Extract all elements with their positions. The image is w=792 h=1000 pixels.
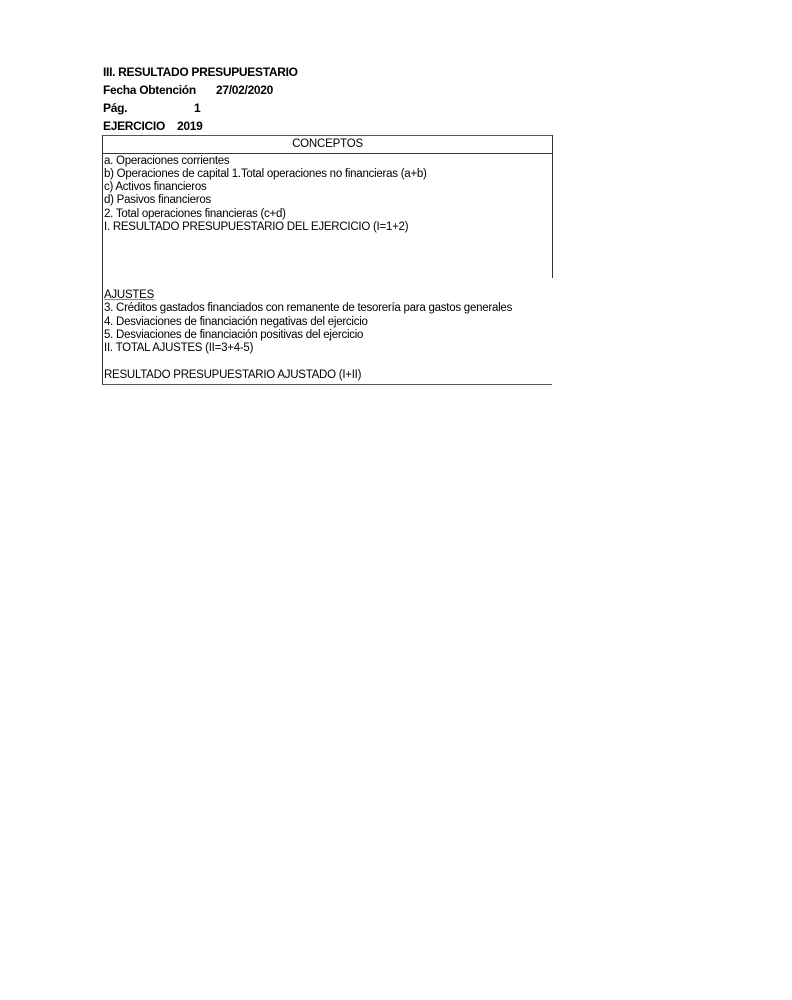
fecha-obtencion: Fecha Obtención 27/02/2020 [103,83,196,97]
fecha-label: Fecha Obtención [103,83,196,97]
table-row: 3. Créditos gastados financiados con rem… [104,302,512,315]
page-number: Pág. 1 [103,101,127,115]
final-result-row: RESULTADO PRESUPUESTARIO AJUSTADO (I+II) [104,369,361,382]
pag-value: 1 [194,101,200,115]
ajustes-heading: AJUSTES [104,289,154,302]
column-header-conceptos: CONCEPTOS [103,136,552,154]
report-title: III. RESULTADO PRESUPUESTARIO [103,65,298,79]
table-right-border [552,135,553,278]
table-row: 4. Desviaciones de financiación negativa… [104,316,368,329]
table-row: d) Pasivos financieros [104,194,211,207]
table-row: II. TOTAL AJUSTES (II=3+4-5) [104,342,253,355]
conceptos-table: CONCEPTOS a. Operaciones corrientes b) O… [102,135,552,385]
ejercicio: EJERCICIO 2019 [103,119,165,133]
ejercicio-value: 2019 [177,119,203,133]
table-row: I. RESULTADO PRESUPUESTARIO DEL EJERCICI… [104,221,408,234]
table-row: 5. Desviaciones de financiación positiva… [104,329,363,342]
table-row: b) Operaciones de capital 1.Total operac… [104,168,427,181]
fecha-value: 27/02/2020 [216,83,273,97]
table-row: a. Operaciones corrientes [104,155,229,168]
ejercicio-label: EJERCICIO [103,119,165,133]
pag-label: Pág. [103,101,127,115]
table-row: c) Activos financieros [104,181,207,194]
table-row: 2. Total operaciones financieras (c+d) [104,208,286,221]
